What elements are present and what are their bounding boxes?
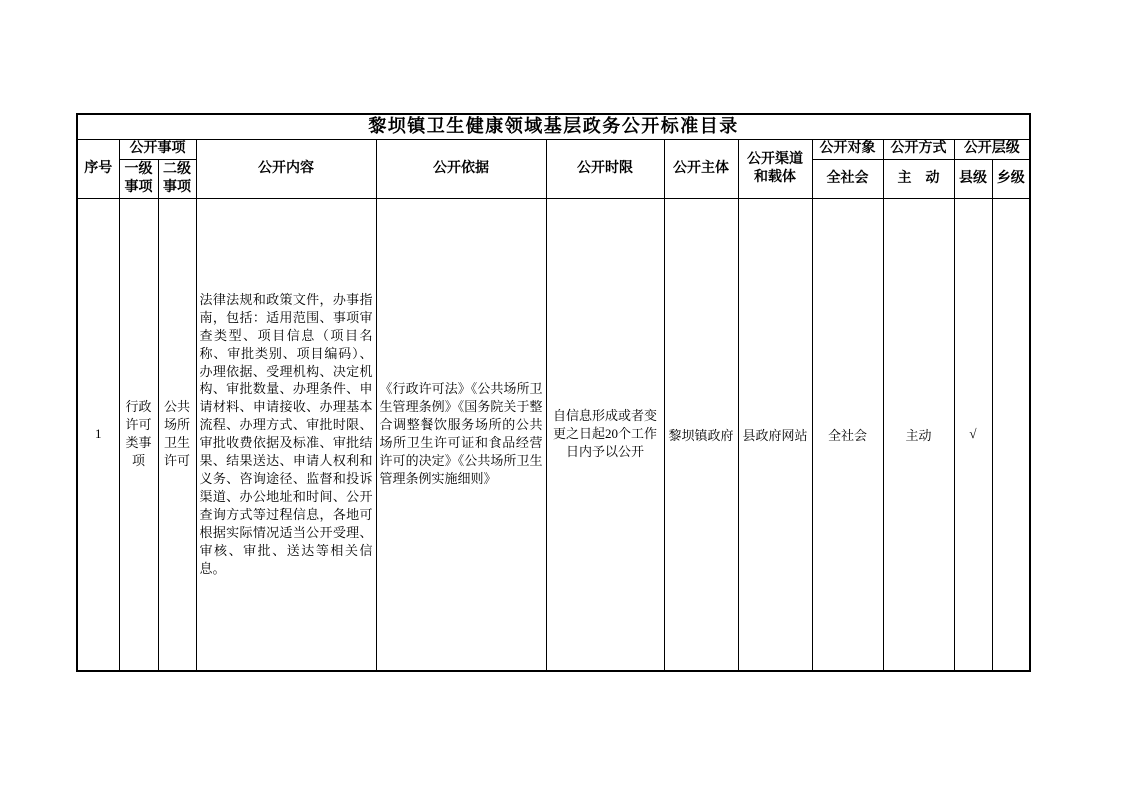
header-channel: 公开渠道和载体: [738, 139, 812, 198]
cell-level2-matter: 公共场所卫生许可: [158, 198, 196, 671]
header-basis: 公开依据: [376, 139, 546, 198]
header-time-limit: 公开时限: [546, 139, 664, 198]
header-public-matters: 公开事项: [119, 139, 196, 159]
cell-township-checkmark: [992, 198, 1030, 671]
header-township: 乡级: [992, 159, 1030, 198]
table-title: 黎坝镇卫生健康领域基层政务公开标准目录: [77, 114, 1030, 139]
header-level1: 一级事项: [119, 159, 158, 198]
header-method-sub: 主 动: [883, 159, 954, 198]
header-level: 公开层级: [954, 139, 1030, 159]
header-content: 公开内容: [196, 139, 376, 198]
disclosure-standards-table: 黎坝镇卫生健康领域基层政务公开标准目录 序号 公开事项 公开内容 公开依据 公开…: [76, 113, 1031, 672]
header-method: 公开方式: [883, 139, 954, 159]
table-title-row: 黎坝镇卫生健康领域基层政务公开标准目录: [77, 114, 1030, 139]
header-seq: 序号: [77, 139, 119, 198]
document-page: 黎坝镇卫生健康领域基层政务公开标准目录 序号 公开事项 公开内容 公开依据 公开…: [0, 0, 1122, 793]
header-county: 县级: [954, 159, 992, 198]
cell-content: 法律法规和政策文件，办事指南，包括：适用范围、事项审查类型、项目信息（项目名称、…: [196, 198, 376, 671]
cell-level1-matter: 行政许可类事项: [119, 198, 158, 671]
cell-seq: 1: [77, 198, 119, 671]
cell-audience: 全社会: [812, 198, 883, 671]
header-row-top: 序号 公开事项 公开内容 公开依据 公开时限 公开主体 公开渠道和载体 公开对象…: [77, 139, 1030, 159]
header-audience: 公开对象: [812, 139, 883, 159]
cell-method: 主动: [883, 198, 954, 671]
cell-subject: 黎坝镇政府: [664, 198, 738, 671]
header-level2: 二级事项: [158, 159, 196, 198]
cell-basis: 《行政许可法》《公共场所卫生管理条例》《国务院关于整合调整餐饮服务场所的公共场所…: [376, 198, 546, 671]
cell-time-limit: 自信息形成或者变更之日起20个工作日内予以公开: [546, 198, 664, 671]
cell-channel: 县政府网站: [738, 198, 812, 671]
header-subject: 公开主体: [664, 139, 738, 198]
table-row: 1 行政许可类事项 公共场所卫生许可 法律法规和政策文件，办事指南，包括：适用范…: [77, 198, 1030, 671]
header-audience-sub: 全社会: [812, 159, 883, 198]
cell-county-checkmark: √: [954, 198, 992, 671]
